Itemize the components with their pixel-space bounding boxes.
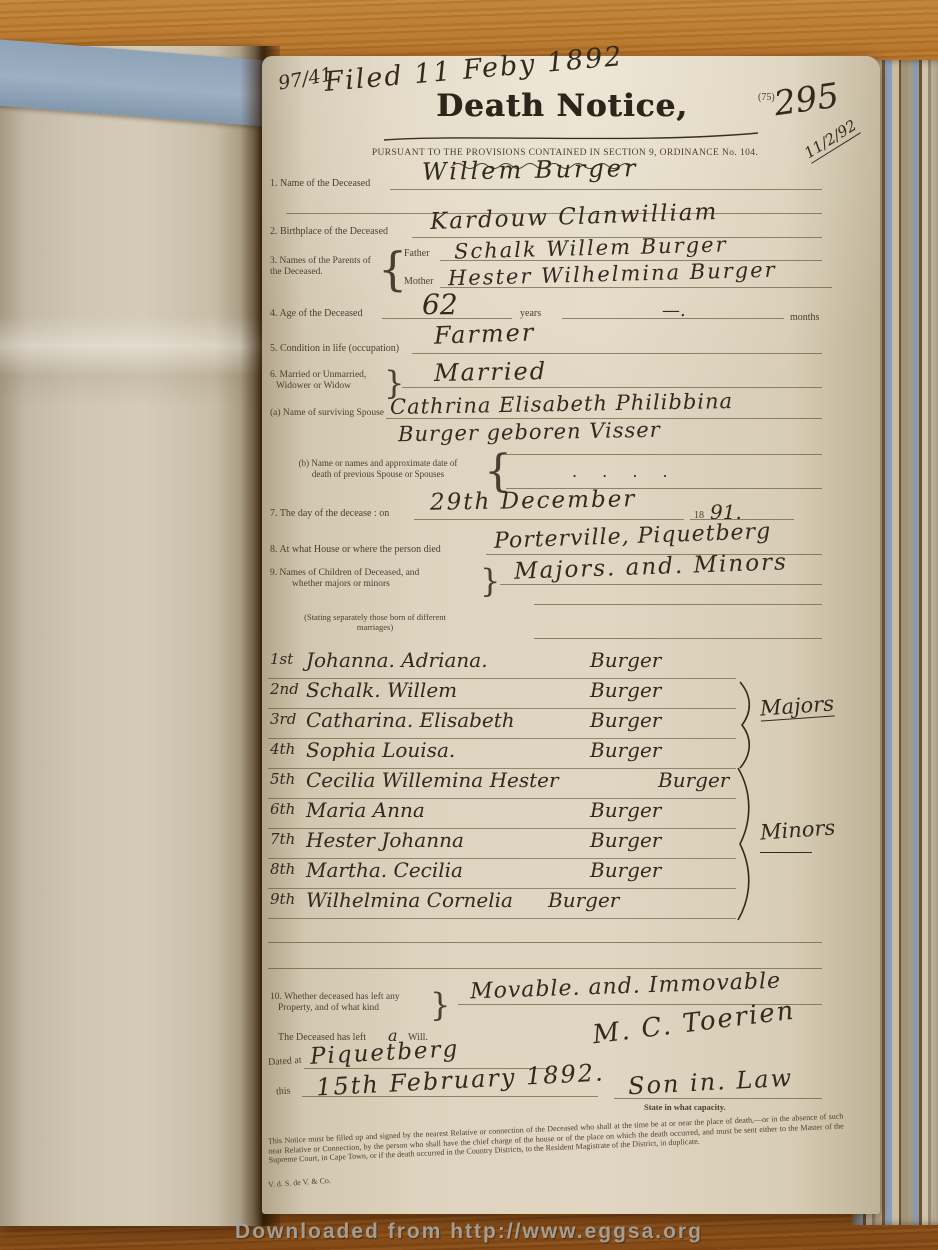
children-heading-label-2: whether majors or minors: [292, 579, 472, 589]
page-fold-shadow: [0, 316, 262, 406]
mother-value: Hester Wilhelmina Burger: [448, 258, 777, 291]
field-name-value: Willem Burger: [422, 154, 639, 186]
majors-brace: [736, 682, 758, 768]
children-heading-brace: }: [480, 562, 500, 600]
mother-label: Mother: [404, 276, 433, 287]
children-note-2: marriages): [270, 622, 480, 632]
child-name: Hester Johanna: [306, 828, 464, 852]
child-ordinal: 1st: [270, 650, 293, 668]
child-name: Wilhelmina Cornelia: [306, 888, 513, 912]
child-row-2: 2nd Schalk. Willem Burger: [268, 678, 736, 709]
child-name: Johanna. Adriana.: [306, 648, 488, 672]
dated-at-label: Dated at: [268, 1055, 302, 1068]
child-ordinal: 2nd: [270, 680, 299, 698]
child-name: Martha. Cecilia: [306, 858, 463, 882]
field-marital-label-1: 6. Married or Unmarried,: [270, 370, 390, 381]
child-ordinal: 4th: [270, 740, 295, 758]
parents-brace: {: [378, 242, 407, 296]
child-ordinal: 3rd: [270, 710, 296, 728]
blue-page-edge: [0, 39, 274, 127]
form-title: Death Notice,: [362, 88, 762, 124]
spouse-value-line2: Burger geboren Visser: [398, 418, 661, 447]
child-surname: Burger: [590, 828, 661, 852]
field-birthplace-value: Kardouw Clanwilliam: [430, 199, 719, 235]
footnote: This Notice must be filled up and signed…: [268, 1111, 845, 1165]
page-number-annotation: 295: [772, 76, 842, 125]
child-surname: Burger: [590, 678, 661, 702]
child-row-9: 9th Wilhelmina Cornelia Burger: [268, 888, 736, 919]
left-blank-page: [0, 46, 262, 1226]
death-place-label: 8. At what House or where the person die…: [270, 544, 441, 555]
child-row-5: 5th Cecilia Willemina Hester Burger: [268, 768, 736, 799]
capacity-note: State in what capacity.: [644, 1102, 726, 1112]
spouse-label: (a) Name of surviving Spouse: [270, 408, 384, 418]
years-label: years: [520, 308, 541, 319]
months-label: months: [790, 312, 819, 323]
field-age-value: 62: [422, 288, 458, 321]
children-note-1: (Stating separately those born of differ…: [270, 612, 480, 622]
child-surname: Burger: [548, 888, 619, 912]
death-notice-page: 97/41 Filed 11 Feby 1892 (75) 295 11/2/9…: [262, 56, 880, 1214]
property-value: Movable. and. Immovable: [470, 969, 782, 1005]
child-ordinal: 7th: [270, 830, 295, 848]
field-parents-label: 3. Names of the Parents of the Deceased.: [270, 256, 382, 278]
child-row-3: 3rd Catharina. Elisabeth Burger: [268, 708, 736, 739]
decease-day-value: 29th December: [430, 486, 637, 516]
child-surname: Burger: [590, 708, 661, 732]
father-label: Father: [404, 248, 430, 259]
field-occupation-label: 5. Condition in life (occupation): [270, 343, 399, 354]
field-birthplace-label: 2. Birthplace of the Deceased: [270, 226, 388, 237]
child-ordinal: 9th: [270, 890, 295, 908]
field-marital-label-2: Widower or Widow: [276, 381, 396, 391]
field-occupation-value: Farmer: [434, 318, 536, 350]
title-flourish-underline: [382, 132, 762, 144]
child-name: Catharina. Elisabeth: [306, 708, 515, 732]
majors-note: Majors: [759, 691, 835, 721]
child-name: Cecilia Willemina Hester: [306, 768, 559, 792]
children-heading-label-1: 9. Names of Children of Deceased, and: [270, 568, 480, 579]
field-age-label: 4. Age of the Deceased: [270, 308, 362, 319]
field-name-label: 1. Name of the Deceased: [270, 178, 370, 189]
property-label-1: 10. Whether deceased has left any: [270, 992, 440, 1003]
property-brace: }: [430, 986, 450, 1024]
this-label: this: [276, 1086, 291, 1098]
child-surname: Burger: [658, 768, 729, 792]
field-marital-value: Married: [434, 357, 548, 387]
child-name: Sophia Louisa.: [306, 738, 455, 762]
child-surname: Burger: [590, 858, 661, 882]
minors-brace: [732, 768, 756, 920]
child-row-4: 4th Sophia Louisa. Burger: [268, 738, 736, 769]
child-ordinal: 5th: [270, 770, 295, 788]
printer-mark: V. d. S. de V. & Co.: [268, 1176, 331, 1189]
decease-day-label: 7. The day of the decease : on: [270, 508, 389, 519]
minors-note: Minors: [759, 815, 836, 844]
watermark-text: Downloaded from http://www.eggsa.org: [0, 1220, 938, 1244]
spouse-value-line1: Cathrina Elisabeth Philibbina: [390, 389, 733, 419]
capacity-value: Son in. Law: [627, 1064, 793, 1101]
child-surname: Burger: [590, 738, 661, 762]
death-place-value: Porterville, Piquetberg: [494, 519, 772, 554]
child-ordinal: 6th: [270, 800, 295, 818]
child-row-8: 8th Martha. Cecilia Burger: [268, 858, 736, 889]
child-name: Maria Anna: [306, 798, 425, 822]
child-row-7: 7th Hester Johanna Burger: [268, 828, 736, 859]
child-surname: Burger: [590, 648, 661, 672]
previous-spouse-value: . . . .: [572, 462, 678, 481]
child-ordinal: 8th: [270, 860, 295, 878]
previous-spouse-label-2: death of previous Spouse or Spouses: [270, 469, 486, 479]
previous-spouse-label-1: (b) Name or names and approximate date o…: [270, 458, 486, 469]
property-label-2: Property, and of what kind: [278, 1003, 448, 1013]
child-row-6: 6th Maria Anna Burger: [268, 798, 736, 829]
child-surname: Burger: [590, 798, 661, 822]
child-name: Schalk. Willem: [306, 678, 457, 702]
child-row-1: 1st Johanna. Adriana. Burger: [268, 648, 736, 679]
